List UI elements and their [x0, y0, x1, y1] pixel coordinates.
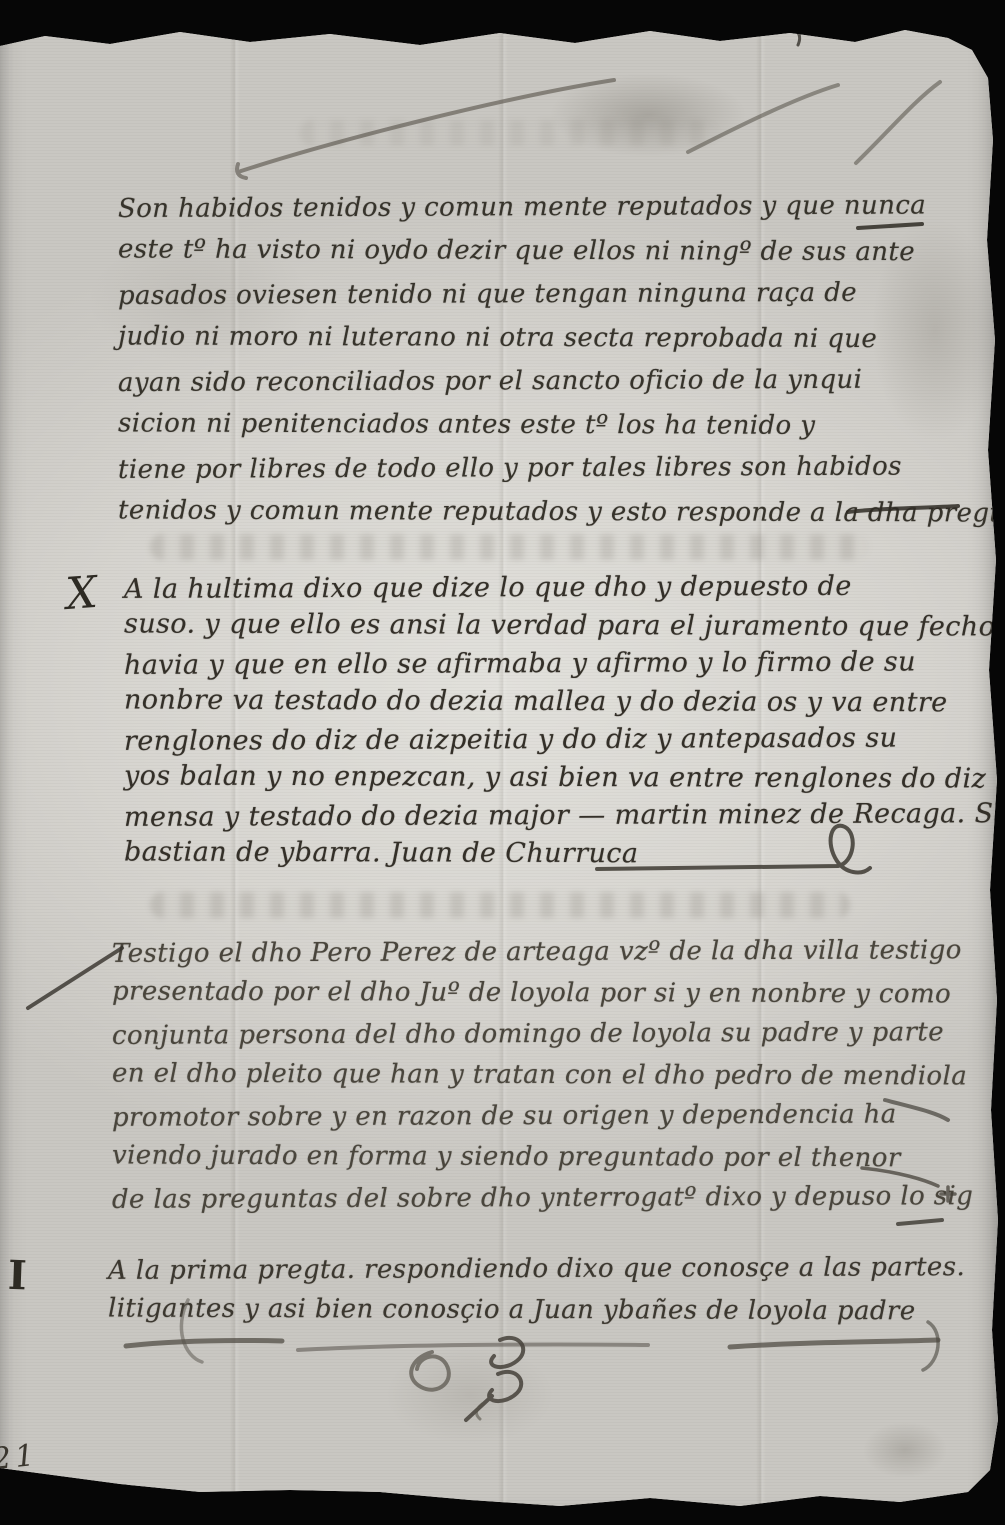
manuscript-line: yos balan y no enpezcan, y asi bien va e… — [124, 760, 1005, 801]
margin-slash — [28, 948, 122, 1008]
manuscript-line: A la prima pregta. respondiendo dixo que… — [108, 1252, 965, 1297]
paragraph-primera-pregunta: A la prima pregta. respondiendo dixo que… — [108, 1254, 965, 1336]
manuscript-line: judio ni moro ni luterano ni otra secta … — [118, 321, 1005, 368]
manuscript-line: tiene por libres de todo ello y por tale… — [118, 451, 1005, 498]
manuscript-line: pasados oviesen tenido ni que tengan nin… — [118, 277, 1005, 324]
manuscript-line: Testigo el dho Pero Perez de arteaga vzº… — [112, 935, 973, 980]
paragraph-limpieza-answer: Son habidos tenidos y comun mente reputa… — [118, 192, 1005, 540]
manuscript-line: promotor sobre y en razon de su origen y… — [112, 1099, 973, 1144]
manuscript-line: litigantes y asi bien conosçio a Juan yb… — [108, 1294, 965, 1338]
paragraph-testigo-presentacion: Testigo el dho Pero Perez de arteaga vzº… — [112, 937, 973, 1224]
manuscript-line: conjunta persona del dho domingo de loyo… — [112, 1017, 973, 1062]
manuscript-line: de las preguntas del sobre dho ynterroga… — [112, 1181, 973, 1226]
manuscript-line: sicion ni penitenciados antes este tº lo… — [118, 408, 1005, 455]
top-flourish-icon — [856, 82, 940, 163]
paragraph-ultima-pregunta: A la hultima dixo que dize lo que dho y … — [124, 572, 1005, 876]
manuscript-line: havia y que en ello se afirmaba y afirmo… — [124, 646, 1005, 688]
pen-mark-icon — [788, 27, 800, 45]
closing-rule — [126, 1341, 282, 1346]
manuscript-line: este tº ha visto ni oydo dezir que ellos… — [118, 234, 1005, 281]
manuscript-line: bastian de ybarra. Juan de Churruca — [124, 836, 1005, 877]
manuscript-line: en el dho pleito que han y tratan con el… — [112, 1058, 973, 1102]
margin-question-mark-x: X — [64, 567, 99, 620]
notary-rubric-squiggle — [466, 1338, 523, 1420]
ink-bleedthrough — [300, 120, 720, 146]
manuscript-line: mensa y testado do dezia major — martin … — [124, 798, 1005, 840]
closing-rule — [298, 1345, 648, 1350]
manuscript-line: ayan sido reconciliados por el sancto of… — [118, 364, 1005, 411]
manuscript-line: tenidos y comun mente reputados y esto r… — [118, 495, 1005, 542]
manuscript-line: A la hultima dixo que dize lo que dho y … — [124, 570, 1005, 612]
manuscript-line: renglones do diz de aizpeitia y do diz y… — [124, 722, 1005, 764]
margin-question-mark-i: I — [7, 1252, 25, 1300]
notary-rubric-squiggle — [411, 1352, 449, 1390]
manuscript-line: presentado por el dho Juº de loyola por … — [112, 976, 973, 1020]
manuscript-page: Son habidos tenidos y comun mente reputa… — [0, 0, 1005, 1525]
folio-number: 21 — [0, 1438, 40, 1478]
manuscript-line: nonbre va testado do dezia mallea y do d… — [124, 684, 1005, 725]
manuscript-scan: Son habidos tenidos y comun mente reputa… — [0, 0, 1005, 1525]
ink-bleedthrough — [150, 892, 850, 918]
pen-mark-icon — [476, 1404, 482, 1419]
manuscript-line: suso. y que ello es ansi la verdad para … — [124, 608, 1005, 649]
manuscript-line: Son habidos tenidos y comun mente reputa… — [118, 190, 1005, 237]
manuscript-line: viendo jurado en forma y siendo pregunta… — [112, 1140, 973, 1184]
